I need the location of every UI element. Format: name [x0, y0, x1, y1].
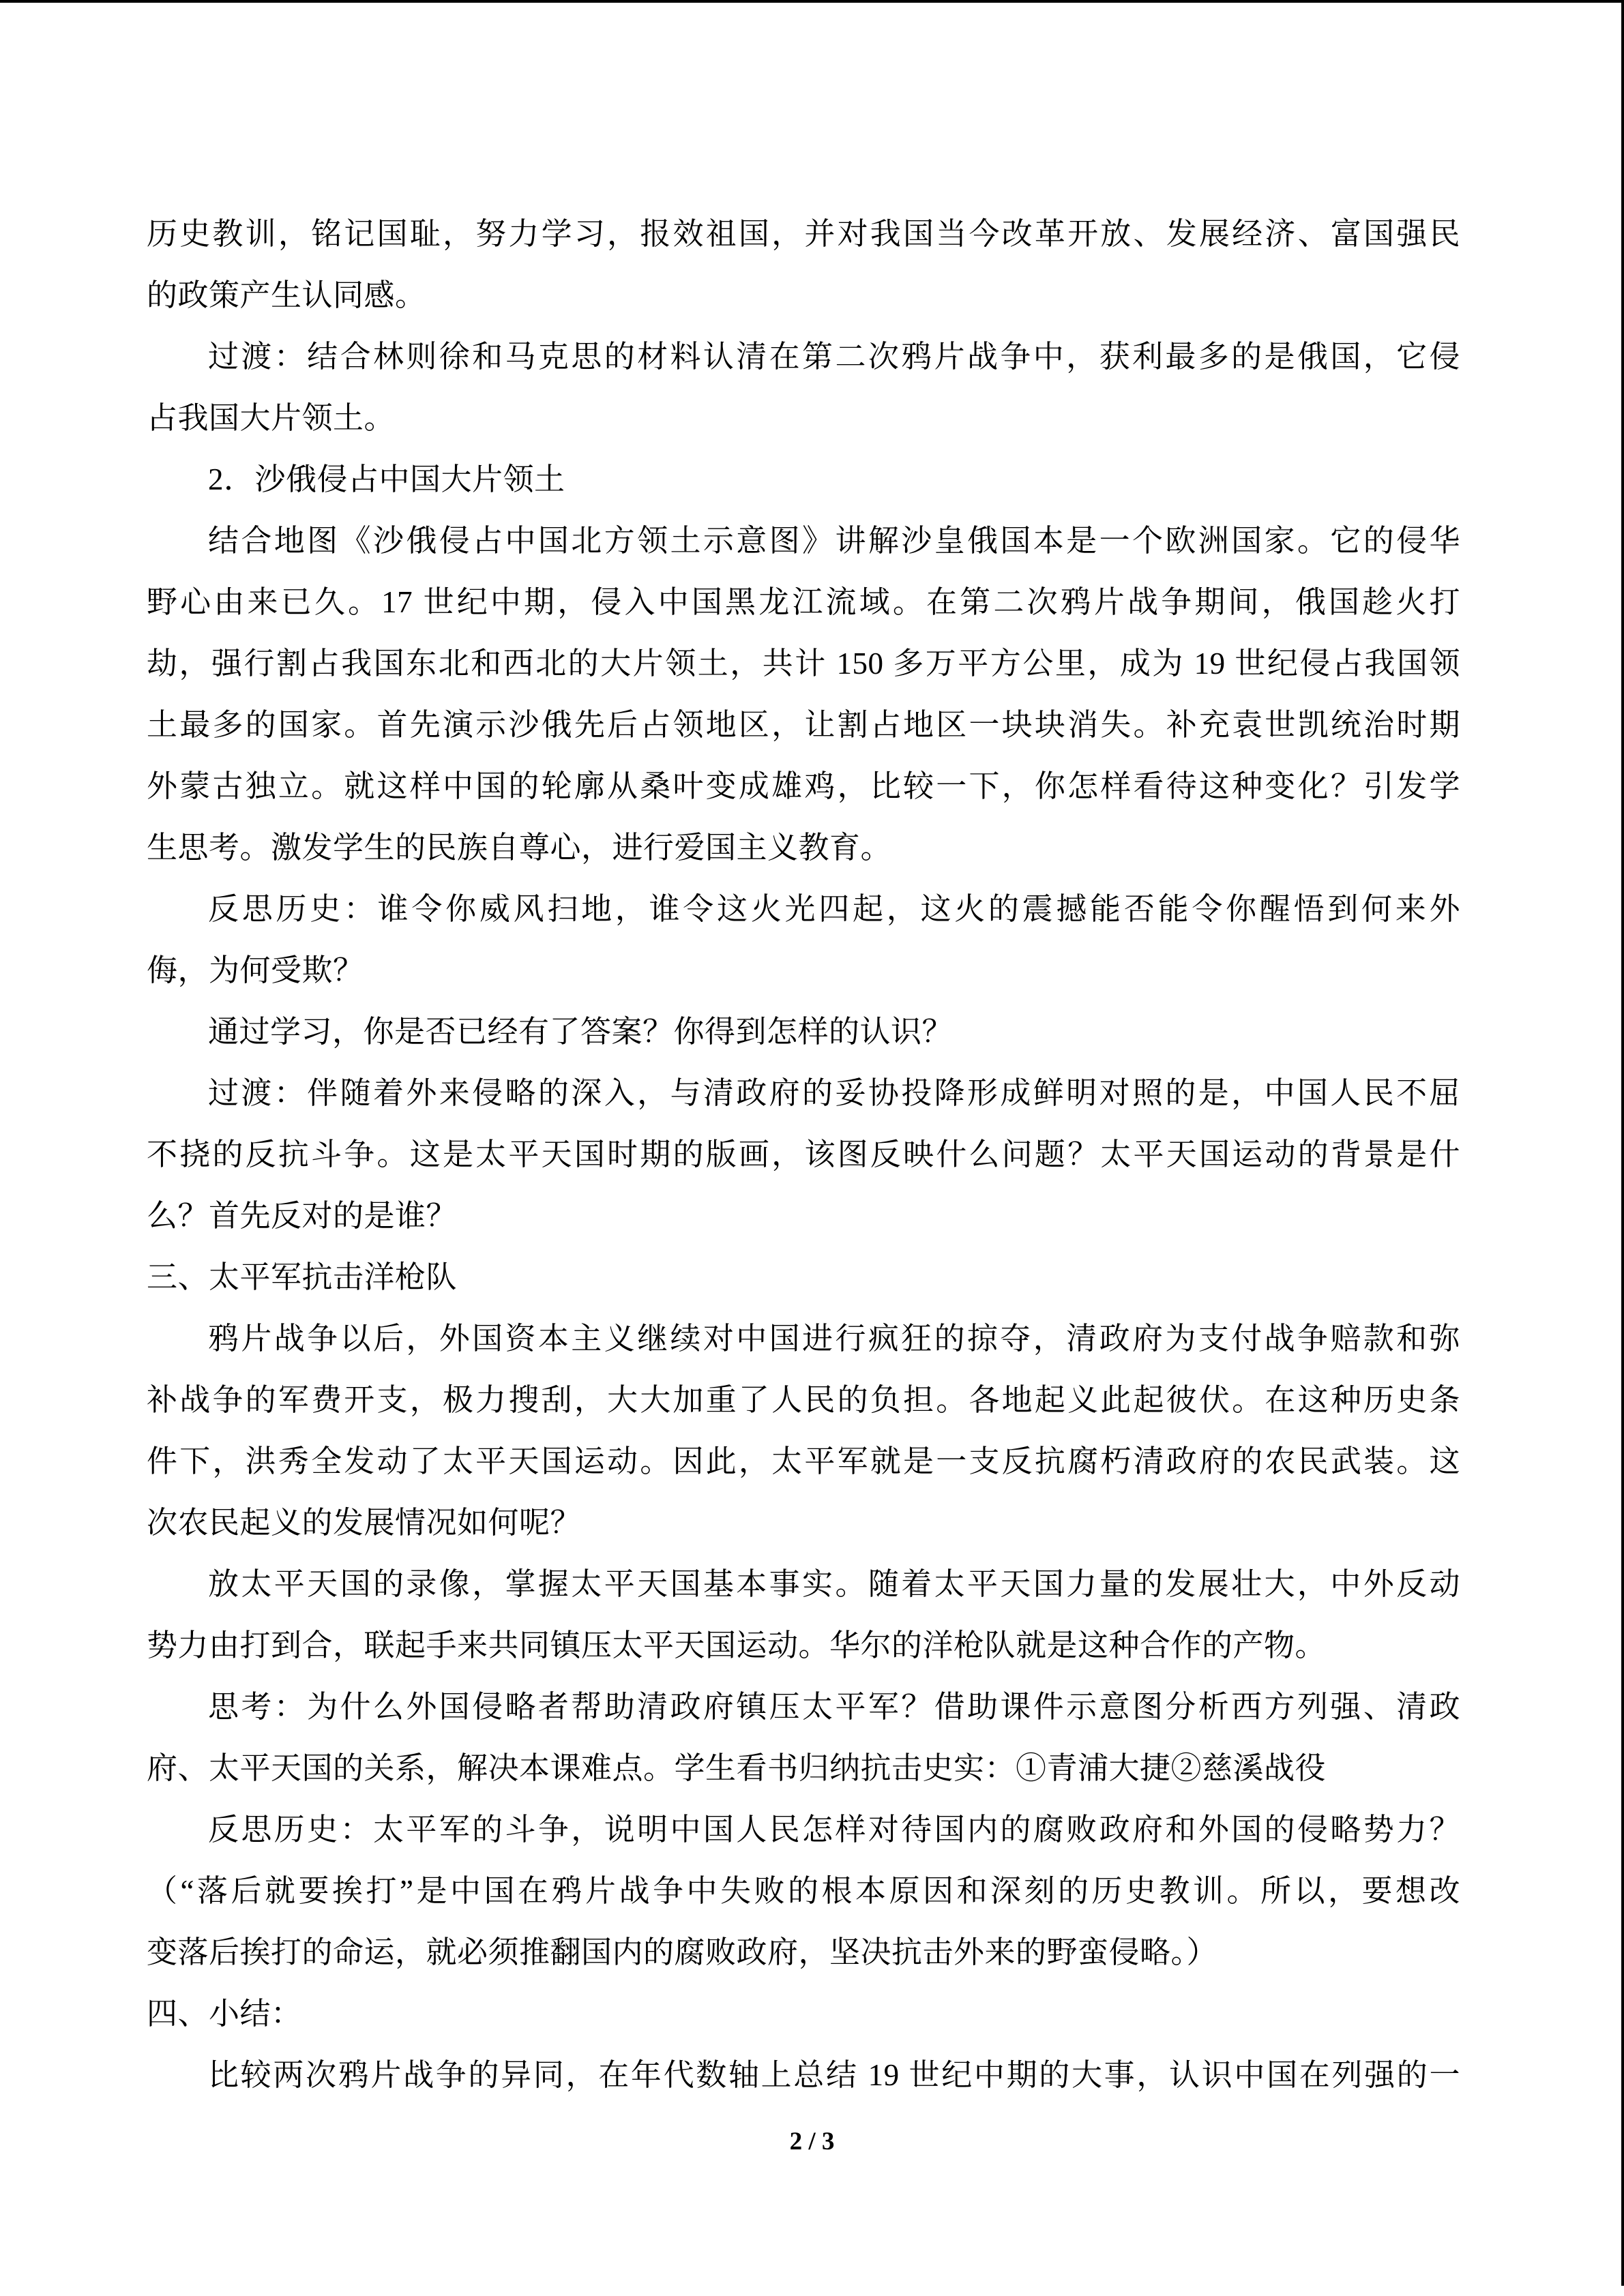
text-line: 历史教训，铭记国耻，努力学习，报效祖国，并对我国当今改革开放、发展经济、富国强民: [147, 203, 1460, 265]
text-line: 生思考。激发学生的民族自尊心，进行爱国主义教育。: [147, 817, 1460, 878]
text-line: 占我国大片领土。: [147, 387, 1460, 449]
text-line: 反思历史：谁令你威风扫地，谁令这火光四起，这火的震撼能否能令你醒悟到何来外: [147, 878, 1460, 940]
text-line: 鸦片战争以后，外国资本主义继续对中国进行疯狂的掠夺，清政府为支付战争赔款和弥: [147, 1308, 1460, 1369]
text-line: 结合地图《沙俄侵占中国北方领土示意图》讲解沙皇俄国本是一个欧洲国家。它的侵华: [147, 510, 1460, 571]
text-line: 过渡：伴随着外来侵略的深入，与清政府的妥协投降形成鲜明对照的是，中国人民不屈: [147, 1062, 1460, 1124]
scan-edge-top: [0, 0, 1624, 3]
text-line: 土最多的国家。首先演示沙俄先后占领地区，让割占地区一块块消失。补充袁世凯统治时期: [147, 694, 1460, 756]
text-line: 府、太平天国的关系，解决本课难点。学生看书归纳抗击史实：①青浦大捷②慈溪战役: [147, 1738, 1460, 1799]
text-line: 放太平天国的录像，掌握太平天国基本事实。随着太平天国力量的发展壮大，中外反动: [147, 1553, 1460, 1615]
text-line: （“落后就要挨打”是中国在鸦片战争中失败的根本原因和深刻的历史教训。所以，要想改: [147, 1860, 1460, 1922]
scan-edge-right: [1621, 0, 1624, 2286]
text-line: 反思历史：太平军的斗争，说明中国人民怎样对待国内的腐败政府和外国的侵略势力？: [147, 1799, 1460, 1860]
text-line: 劫，强行割占我国东北和西北的大片领土，共计 150 多万平方公里，成为 19 世…: [147, 633, 1460, 694]
text-line: 变落后挨打的命运，就必须推翻国内的腐败政府，坚决抗击外来的野蛮侵略。）: [147, 1922, 1460, 1983]
text-line: 外蒙古独立。就这样中国的轮廓从桑叶变成雄鸡，比较一下，你怎样看待这种变化？引发学: [147, 756, 1460, 817]
text-line: 通过学习，你是否已经有了答案？你得到怎样的认识？: [147, 1001, 1460, 1062]
text-line: 次农民起义的发展情况如何呢？: [147, 1492, 1460, 1553]
text-line: 侮，为何受欺？: [147, 940, 1460, 1001]
text-line: 补战争的军费开支，极力搜刮，大大加重了人民的负担。各地起义此起彼伏。在这种历史条: [147, 1369, 1460, 1431]
text-line: 思考：为什么外国侵略者帮助清政府镇压太平军？借助课件示意图分析西方列强、清政: [147, 1676, 1460, 1738]
text-line: 么？首先反对的是谁？: [147, 1185, 1460, 1247]
document-body: 历史教训，铭记国耻，努力学习，报效祖国，并对我国当今改革开放、发展经济、富国强民…: [147, 203, 1460, 2106]
text-line: 势力由打到合，联起手来共同镇压太平天国运动。华尔的洋枪队就是这种合作的产物。: [147, 1615, 1460, 1676]
text-line: 四、小结：: [147, 1983, 1460, 2044]
text-line: 件下，洪秀全发动了太平天国运动。因此，太平军就是一支反抗腐朽清政府的农民武装。这: [147, 1431, 1460, 1492]
text-line: 野心由来已久。17 世纪中期，侵入中国黑龙江流域。在第二次鸦片战争期间，俄国趁火…: [147, 571, 1460, 633]
text-line: 三、太平军抗击洋枪队: [147, 1247, 1460, 1308]
text-line: 比较两次鸦片战争的异同，在年代数轴上总结 19 世纪中期的大事，认识中国在列强的…: [147, 2044, 1460, 2106]
page-number: 2 / 3: [0, 2122, 1624, 2162]
text-line: 2．沙俄侵占中国大片领土: [147, 449, 1460, 510]
document-page: 历史教训，铭记国耻，努力学习，报效祖国，并对我国当今改革开放、发展经济、富国强民…: [0, 0, 1624, 2296]
text-line: 的政策产生认同感。: [147, 265, 1460, 326]
text-line: 过渡：结合林则徐和马克思的材料认清在第二次鸦片战争中，获利最多的是俄国，它侵: [147, 326, 1460, 387]
text-line: 不挠的反抗斗争。这是太平天国时期的版画，该图反映什么问题？太平天国运动的背景是什: [147, 1124, 1460, 1185]
